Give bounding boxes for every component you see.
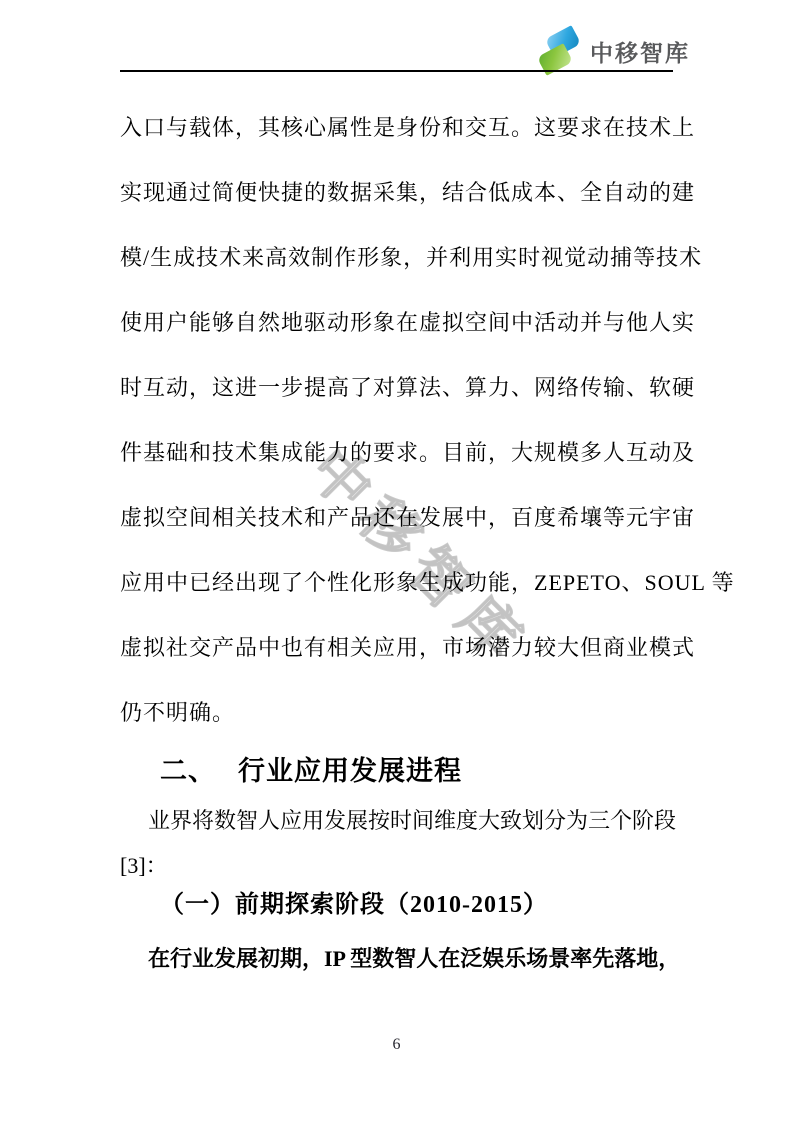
header-divider-line	[120, 70, 673, 72]
section-title: 行业应用发展进程	[238, 756, 462, 786]
section-number: 二、	[160, 756, 216, 786]
body-text-line: 应用中已经出现了个性化形象生成功能，ZEPETO、SOUL 等	[120, 550, 676, 615]
body-text-line: 仍不明确。	[120, 680, 676, 745]
brand-logo-text: 中移智库	[590, 35, 690, 68]
body-text-line: 虚拟社交产品中也有相关应用，市场潜力较大但商业模式	[120, 615, 676, 680]
body-text-line: 虚拟空间相关技术和产品还在发展中，百度希壤等元宇宙	[120, 485, 676, 550]
header-logo: 中移智库	[534, 30, 690, 72]
section-heading: 二、行业应用发展进程	[160, 749, 676, 788]
body-text-line: 使用户能够自然地驱动形象在虚拟空间中活动并与他人实	[120, 290, 676, 355]
citation-reference: [3]：	[120, 843, 676, 888]
paragraph-continuation: 入口与载体，其核心属性是身份和交互。这要求在技术上 实现通过简便快捷的数据采集，…	[120, 95, 676, 745]
brand-logo-icon	[534, 29, 584, 73]
document-page: 中移智库 中移智库 入口与载体，其核心属性是身份和交互。这要求在技术上 实现通过…	[0, 0, 793, 1122]
body-text-line: 入口与载体，其核心属性是身份和交互。这要求在技术上	[120, 95, 676, 160]
body-text-line: 件基础和技术集成能力的要求。目前，大规模多人互动及	[120, 420, 676, 485]
body-text-line: 实现通过简便快捷的数据采集，结合低成本、全自动的建	[120, 160, 676, 225]
body-text-line: 业界将数智人应用发展按时间维度大致划分为三个阶段	[120, 798, 676, 843]
body-text-line: 模/生成技术来高效制作形象，并利用实时视觉动捕等技术	[120, 225, 676, 290]
intro-paragraph: 业界将数智人应用发展按时间维度大致划分为三个阶段 [3]：	[120, 798, 676, 888]
subsection-heading: （一）前期探索阶段（2010-2015）	[160, 884, 676, 919]
bold-paragraph-line: 在行业发展初期，IP 型数智人在泛娱乐场景率先落地，	[120, 936, 676, 981]
body-text-line: 时互动，这进一步提高了对算法、算力、网络传输、软硬	[120, 355, 676, 420]
page-number: 6	[0, 1036, 793, 1054]
